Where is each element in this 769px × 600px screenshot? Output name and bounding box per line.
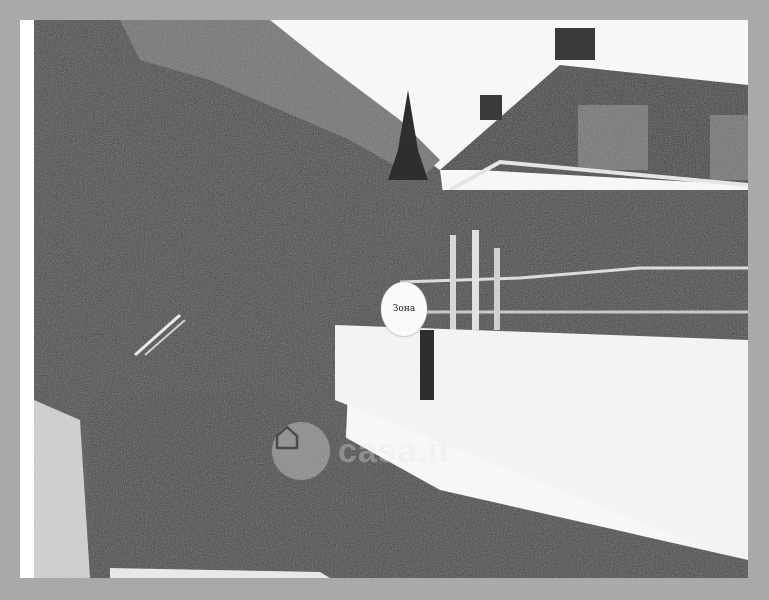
watermark-text: casa.it <box>338 432 451 471</box>
balloon-label: Зона <box>393 304 415 314</box>
photo-frame: Зона casa.it <box>20 20 748 578</box>
location-marker-balloon: Зона <box>381 282 427 336</box>
house-icon <box>272 422 330 480</box>
watermark: casa.it <box>272 422 451 480</box>
